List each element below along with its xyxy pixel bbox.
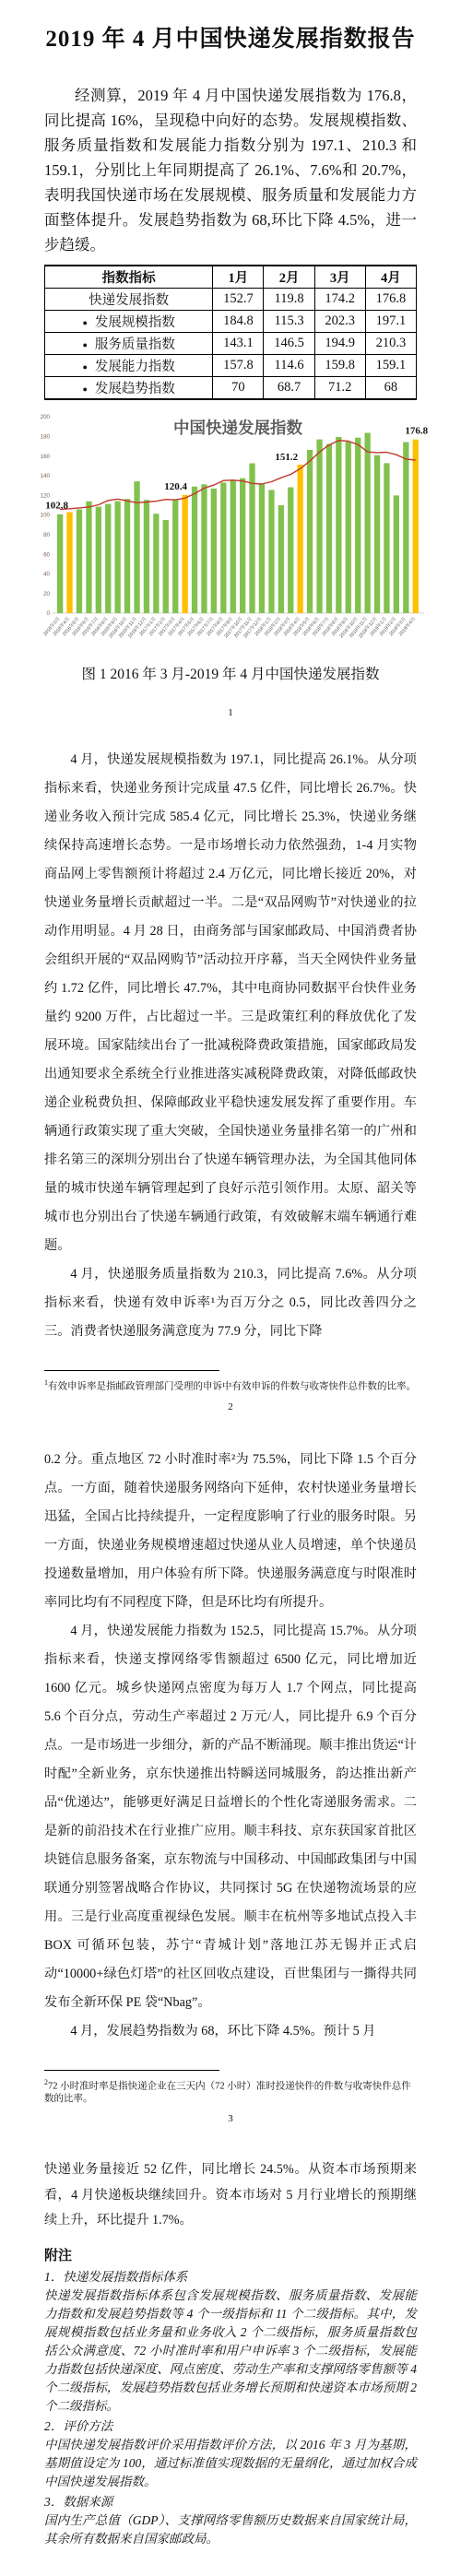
table-header-cell: 指数指标 bbox=[45, 266, 213, 289]
page-title: 2019 年 4 月中国快递发展指数报告 bbox=[44, 24, 417, 55]
footnote: 1有效申诉率是指邮政管理部门受理的申诉中有效申诉的件数与收寄快件总件数的比率。 bbox=[44, 1377, 417, 1394]
bar-2017年7月 bbox=[211, 489, 217, 613]
row-name: 快递发展指数 bbox=[89, 293, 169, 308]
bar-2016年12月 bbox=[144, 500, 149, 613]
footnote-separator bbox=[44, 1370, 219, 1371]
bar-2019年1月 bbox=[384, 463, 389, 613]
paragraph: 4 月，快递发展能力指数为 152.5，同比提高 15.7%。从分项指标来看，快… bbox=[44, 1617, 417, 2017]
bar-2016年3月 bbox=[57, 514, 63, 613]
index-chart-svg: 020406080100120140160180200中国快递发展指数102.8… bbox=[22, 406, 439, 647]
bullet-icon: ● bbox=[82, 384, 87, 394]
y-axis-tick: 140 bbox=[41, 473, 51, 479]
y-axis-tick: 180 bbox=[41, 434, 51, 441]
bar-2017年4月 bbox=[183, 495, 188, 613]
bar-value-label: 102.8 bbox=[45, 501, 68, 512]
table-cell: 176.8 bbox=[365, 289, 416, 311]
paragraph: 0.2 分。重点地区 72 小时准时率²为 75.5%，同比下降 1.5 个百分… bbox=[44, 1446, 417, 1617]
notes-heading: 附注 bbox=[44, 2245, 417, 2264]
table-header-row: 指数指标1月2月3月4月 bbox=[45, 266, 417, 289]
bar-2016年7月 bbox=[96, 507, 101, 613]
table-cell: 157.8 bbox=[213, 355, 264, 377]
bar-2017年12月 bbox=[259, 484, 265, 613]
note-body: 国内生产总值（GDP）、支撑网络零售额历史数据来自国家统计局，其余所有数据来自国… bbox=[44, 2511, 417, 2548]
bar-2018年12月 bbox=[374, 455, 380, 613]
trend-line bbox=[60, 441, 416, 510]
bar-2017年3月 bbox=[172, 500, 178, 614]
note-title: 1．快递发展指数指标体系 bbox=[44, 2268, 417, 2286]
bar-2019年4月 bbox=[413, 440, 419, 613]
index-chart: 020406080100120140160180200中国快递发展指数102.8… bbox=[22, 406, 439, 652]
row-name-cell: ●发展规模指数 bbox=[45, 311, 213, 333]
table-cell: 68 bbox=[365, 377, 416, 400]
row-name: 服务质量指数 bbox=[95, 337, 175, 352]
paragraph: 经测算，2019 年 4 月中国快递发展指数为 176.8，同比提高 16%，呈… bbox=[44, 83, 417, 257]
bar-2018年4月 bbox=[298, 465, 303, 613]
note-title: 2．评价方法 bbox=[44, 2417, 417, 2436]
paragraph: 快递业务量接近 52 亿件，同比增长 24.5%。从资本市场预期来看，4 月快递… bbox=[44, 2157, 417, 2234]
chart-title: 中国快递发展指数 bbox=[173, 419, 302, 437]
footnote-text: 72 小时准时率是指快递企业在三天内（72 小时）准时投递快件的件数与收寄快件总… bbox=[44, 2081, 411, 2104]
y-axis-tick: 80 bbox=[43, 532, 50, 538]
table-cell: 194.9 bbox=[314, 333, 365, 355]
table-cell: 70 bbox=[213, 377, 264, 400]
bar-2018年2月 bbox=[278, 505, 284, 613]
bar-2018年3月 bbox=[288, 488, 293, 614]
row-name-cell: 快递发展指数 bbox=[45, 289, 213, 311]
table-cell: 146.5 bbox=[264, 333, 314, 355]
report-page: 2019 年 4 月中国快递发展指数报告 经测算，2019 年 4 月中国快递发… bbox=[0, 0, 461, 2576]
bar-2016年8月 bbox=[105, 504, 111, 613]
page-number: 2 bbox=[44, 1401, 417, 1412]
bar-2017年5月 bbox=[192, 487, 197, 613]
bullet-icon: ● bbox=[82, 340, 87, 349]
table-header-cell: 2月 bbox=[264, 266, 314, 289]
bar-2016年6月 bbox=[86, 502, 91, 613]
bar-2018年8月 bbox=[336, 437, 341, 613]
bar-2017年9月 bbox=[230, 480, 236, 613]
table-cell: 197.1 bbox=[365, 311, 416, 333]
paragraph: 4 月，快递发展规模指数为 197.1，同比提高 26.1%。从分项指标来看，快… bbox=[44, 746, 417, 1260]
table-cell: 71.2 bbox=[314, 377, 365, 400]
y-axis-tick: 200 bbox=[41, 414, 51, 420]
page-number: 3 bbox=[44, 2113, 417, 2124]
bar-2018年9月 bbox=[346, 442, 351, 613]
document-body: 经测算，2019 年 4 月中国快递发展指数为 176.8，同比提高 16%，呈… bbox=[44, 83, 417, 2548]
bar-2017年11月 bbox=[249, 464, 254, 614]
table-row: ●发展规模指数184.8115.3202.3197.1 bbox=[45, 311, 417, 333]
bar-2016年11月 bbox=[134, 481, 139, 613]
paragraph: 4 月，发展趋势指数为 68，环比下降 4.5%。预计 5 月 bbox=[44, 2017, 417, 2046]
row-name-cell: ●发展能力指数 bbox=[45, 355, 213, 377]
table-row: ●服务质量指数143.1146.5194.9210.3 bbox=[45, 333, 417, 355]
row-name: 发展规模指数 bbox=[95, 315, 175, 330]
table-cell: 114.6 bbox=[264, 355, 314, 377]
bar-2016年9月 bbox=[115, 502, 121, 613]
bar-2017年10月 bbox=[240, 479, 245, 613]
index-table: 指数指标1月2月3月4月快递发展指数152.7119.8174.2176.8●发… bbox=[44, 265, 417, 400]
table-cell: 152.7 bbox=[213, 289, 264, 311]
table-row: ●发展趋势指数7068.771.268 bbox=[45, 377, 417, 400]
table-cell: 143.1 bbox=[213, 333, 264, 355]
bar-2017年2月 bbox=[163, 520, 169, 613]
table-header-cell: 3月 bbox=[314, 266, 365, 289]
y-axis-tick: 0 bbox=[47, 610, 51, 617]
table-cell: 184.8 bbox=[213, 311, 264, 333]
bullet-icon: ● bbox=[82, 318, 87, 327]
y-axis-tick: 40 bbox=[43, 572, 50, 578]
table-cell: 202.3 bbox=[314, 311, 365, 333]
table-cell: 159.8 bbox=[314, 355, 365, 377]
table-cell: 174.2 bbox=[314, 289, 365, 311]
bar-2016年4月 bbox=[66, 513, 72, 614]
y-axis-tick: 160 bbox=[41, 454, 51, 460]
bar-value-label: 176.8 bbox=[405, 426, 428, 437]
note-body: 中国快递发展指数评价采用指数评价方法，以 2016 年 3 月为基期，基期值设定… bbox=[44, 2436, 417, 2491]
footnote: 272 小时准时率是指快递企业在三天内（72 小时）准时投递快件的件数与收寄快件… bbox=[44, 2076, 417, 2107]
table-header-cell: 1月 bbox=[213, 266, 264, 289]
footnote-text: 有效申诉率是指邮政管理部门受理的申诉中有效申诉的件数与收寄快件总件数的比率。 bbox=[48, 1382, 416, 1392]
table-cell: 210.3 bbox=[365, 333, 416, 355]
table-cell: 119.8 bbox=[264, 289, 314, 311]
bar-value-label: 151.2 bbox=[275, 452, 298, 463]
bar-2016年10月 bbox=[124, 499, 130, 613]
figure-caption: 图 1 2016 年 3 月-2019 年 4 月中国快递发展指数 bbox=[44, 663, 417, 683]
note-body: 快递发展指数指标体系包含发展规模指数、服务质量指数、发展能力指数和发展趋势指数等… bbox=[44, 2286, 417, 2416]
bar-2019年3月 bbox=[403, 443, 408, 614]
table-header-cell: 4月 bbox=[365, 266, 416, 289]
table-row: 快递发展指数152.7119.8174.2176.8 bbox=[45, 289, 417, 311]
row-name-cell: ●发展趋势指数 bbox=[45, 377, 213, 400]
bar-2016年5月 bbox=[77, 510, 82, 614]
table-cell: 68.7 bbox=[264, 377, 314, 400]
bar-2018年1月 bbox=[268, 490, 274, 613]
bar-value-label: 120.4 bbox=[164, 481, 187, 492]
y-axis-tick: 60 bbox=[43, 551, 50, 558]
footnote-separator bbox=[44, 2070, 219, 2071]
bar-2017年1月 bbox=[153, 514, 159, 613]
y-axis-tick: 20 bbox=[43, 591, 50, 597]
bar-2018年6月 bbox=[316, 440, 322, 613]
paragraph: 4 月，快递服务质量指数为 210.3，同比提高 7.6%。从分项指标来看，快递… bbox=[44, 1260, 417, 1346]
table-cell: 159.1 bbox=[365, 355, 416, 377]
bar-2017年6月 bbox=[201, 484, 207, 613]
y-axis-tick: 120 bbox=[41, 492, 51, 499]
bar-2017年8月 bbox=[220, 482, 226, 613]
bullet-icon: ● bbox=[82, 362, 87, 372]
bar-2018年5月 bbox=[307, 450, 313, 613]
bar-2018年11月 bbox=[365, 433, 371, 614]
bar-2019年2月 bbox=[394, 495, 399, 613]
row-name: 发展趋势指数 bbox=[95, 382, 175, 396]
row-name-cell: ●服务质量指数 bbox=[45, 333, 213, 355]
row-name: 发展能力指数 bbox=[95, 360, 175, 374]
y-axis-tick: 100 bbox=[41, 513, 51, 519]
page-number: 1 bbox=[44, 707, 417, 718]
note-title: 3．数据来源 bbox=[44, 2493, 417, 2511]
bar-2018年10月 bbox=[355, 438, 361, 613]
table-cell: 115.3 bbox=[264, 311, 314, 333]
bar-2018年7月 bbox=[326, 444, 332, 613]
table-row: ●发展能力指数157.8114.6159.8159.1 bbox=[45, 355, 417, 377]
